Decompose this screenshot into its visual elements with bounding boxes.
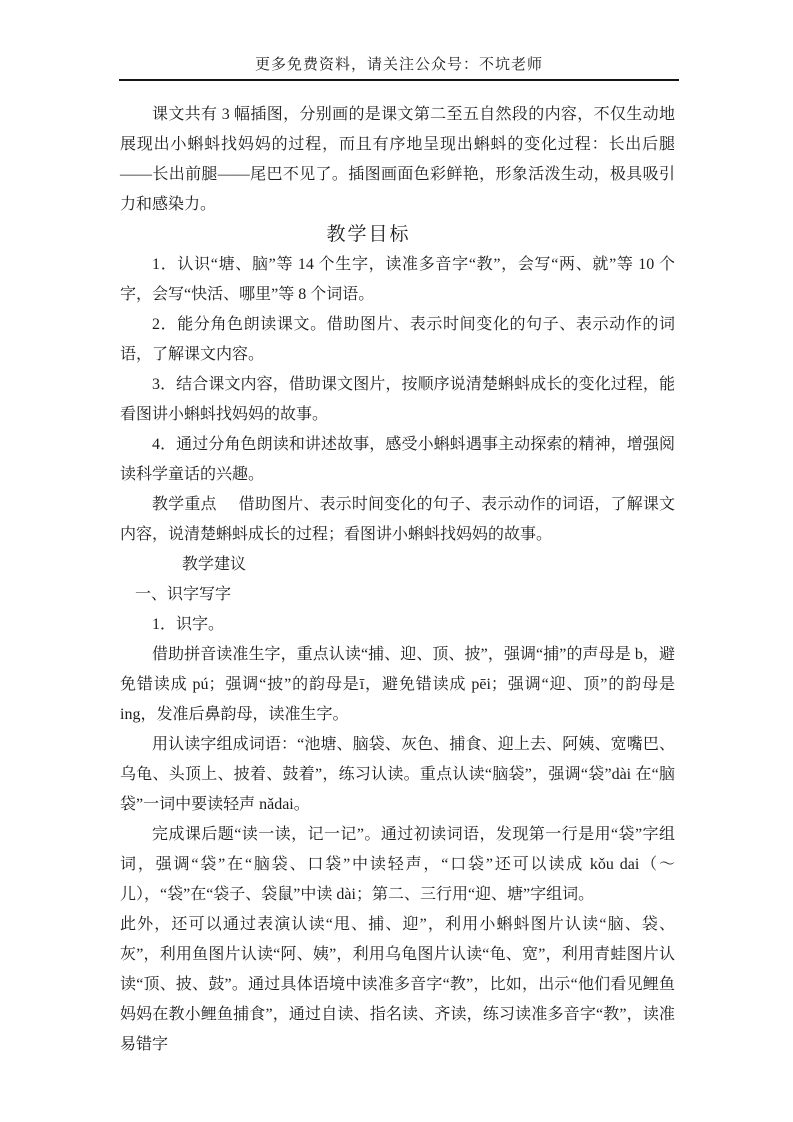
suggestions-heading: 教学建议 [120,550,675,580]
intro-paragraph: 课文共有 3 幅插图，分别画的是课文第二至五自然段的内容，不仅生动地展现出小蝌蚪… [120,100,675,220]
document-body: 课文共有 3 幅插图，分别画的是课文第二至五自然段的内容，不仅生动地展现出小蝌蚪… [120,100,675,1060]
header-banner: 更多免费资料，请关注公众号：不坑老师 [119,53,679,81]
goal-item-2: 2．能分角色朗读课文。借助图片、表示时间变化的句子、表示动作的词语，了解课文内容… [120,310,675,370]
goal-item-4: 4．通过分角色朗读和讲述故事，感受小蝌蚪遇事主动探索的精神，增强阅读科学童话的兴… [120,430,675,490]
goal-item-1: 1．认识“塘、脑”等 14 个生字，读准多音字“教”，会写“两、就”等 10 个… [120,250,675,310]
goals-heading: 教学目标 [120,220,675,250]
key-points-paragraph: 教学重点借助图片、表示时间变化的句子、表示动作的词语，了解课文内容，说清楚蝌蚪成… [120,490,675,550]
additional-methods-paragraph: 此外，还可以通过表演认读“甩、捕、迎”，利用小蝌蚪图片认读“脑、袋、灰”，利用鱼… [120,910,675,1060]
key-points-label: 教学重点 [152,496,217,513]
goal-item-3: 3．结合课文内容，借助课文图片，按顺序说清楚蝌蚪成长的变化过程，能看图讲小蝌蚪找… [120,370,675,430]
word-groups-paragraph: 用认读字组成词语：“池塘、脑袋、灰色、捕食、迎上去、阿姨、宽嘴巴、乌龟、头顶上、… [120,730,675,820]
pinyin-paragraph: 借助拼音读准生字，重点认读“捕、迎、顶、披”，强调“捕”的声母是 b，避免错读成… [120,640,675,730]
subsection-title-recognize: 1．识字。 [120,610,675,640]
exercise-paragraph: 完成课后题“读一读，记一记”。通过初读词语，发现第一行是用“袋”字组词，强调“袋… [120,820,675,910]
section-title-literacy: 一、识字写字 [120,580,675,610]
document-page: 更多免费资料，请关注公众号：不坑老师 课文共有 3 幅插图，分别画的是课文第二至… [0,0,793,1122]
